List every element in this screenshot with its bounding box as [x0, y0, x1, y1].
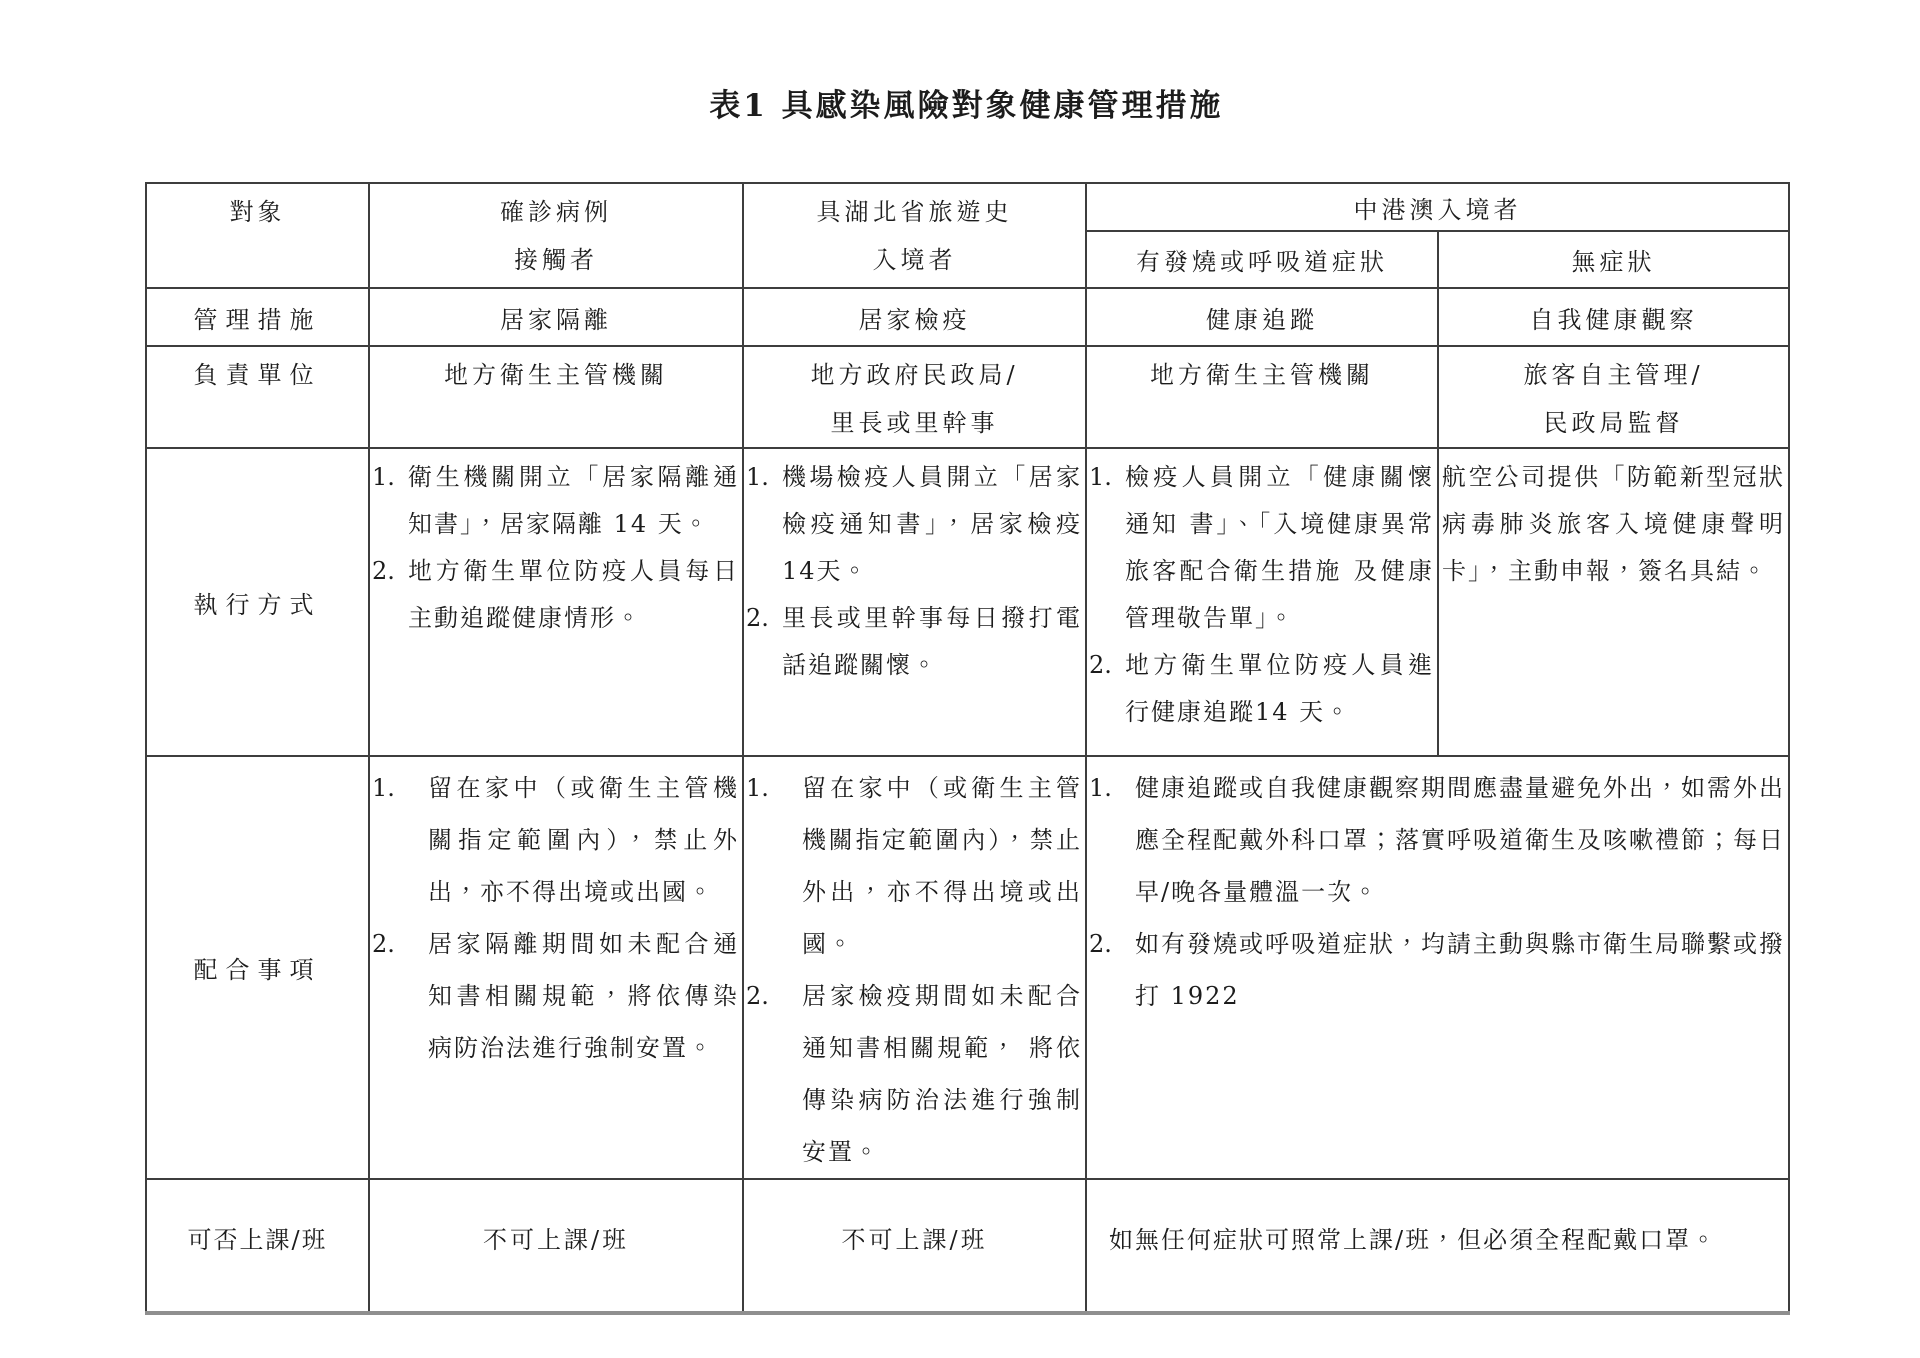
item-text: 健康追蹤或自我健康觀察期間應盡量避免外出，如需外出應全程配戴外科口罩；落實呼吸道…: [1135, 774, 1785, 906]
item-number: 2.: [1089, 918, 1112, 970]
cell-header-hubei-travel: 具湖北省旅遊史 入境者: [743, 183, 1086, 288]
item-text: 居家隔離期間如未配合通知書相關規範，將依傳染病防治法進行強制安置。: [428, 930, 739, 1062]
item-number: 2.: [1089, 642, 1112, 689]
item-number: 1.: [372, 454, 395, 501]
list-item: 1. 健康追蹤或自我健康觀察期間應盡量避免外出，如需外出應全程配戴外科口罩；落實…: [1089, 762, 1785, 918]
header-row-top: 對象 確診病例 接觸者 具湖北省旅遊史 入境者 中港澳入境者: [146, 183, 1789, 231]
item-number: 2.: [372, 548, 395, 595]
responsible-label-text: 負責單位: [147, 351, 368, 399]
item-number: 2.: [746, 970, 769, 1022]
list-item: 2. 里長或里幹事每日撥打電話追蹤關懷。: [746, 595, 1082, 689]
cell-attendance-china-hk-macau: 如無任何症狀可照常上課/班，但必須全程配戴口罩。: [1086, 1179, 1789, 1313]
cell-header-china-hk-macau-group: 中港澳入境者: [1086, 183, 1789, 231]
list-item: 1. 留在家中（或衛生主管機關指定範圍內），禁止外出，亦不得出境或出國。: [746, 762, 1082, 970]
list-item: 2. 地方衛生單位防疫人員進行健康追蹤14 天。: [1089, 642, 1434, 736]
item-text: 檢疫人員開立「健康關懷通知 書」、「入境健康異常旅客配合衛生措施 及健康管理敬告…: [1125, 463, 1434, 632]
cell-header-subject: 對象: [146, 183, 369, 288]
cell-header-fever-symptoms: 有發燒或呼吸道症狀: [1086, 231, 1438, 288]
cell-measure-hubei: 居家檢疫: [743, 288, 1086, 346]
cell-execution-fever: 1. 檢疫人員開立「健康關懷通知 書」、「入境健康異常旅客配合衛生措施 及健康管…: [1086, 448, 1438, 756]
cell-measure-confirmed: 居家隔離: [369, 288, 743, 346]
cell-compliance-hubei: 1. 留在家中（或衛生主管機關指定範圍內），禁止外出，亦不得出境或出國。 2. …: [743, 756, 1086, 1179]
header-confirmed-line2: 接觸者: [370, 236, 742, 284]
header-confirmed-line1: 確診病例: [370, 188, 742, 236]
cell-attendance-confirmed: 不可上課/班: [369, 1179, 743, 1313]
row-label-compliance: 配合事項: [146, 756, 369, 1179]
item-number: 2.: [746, 595, 769, 642]
item-number: 1.: [372, 762, 395, 814]
item-text: 衛生機關開立「居家隔離通知書」，居家隔離 14 天。: [408, 463, 739, 538]
item-number: 1.: [746, 454, 769, 501]
header-subject-label: 對象: [147, 188, 368, 236]
cell-attendance-hubei: 不可上課/班: [743, 1179, 1086, 1313]
responsible-no-symptom-line2: 民政局監督: [1439, 399, 1788, 447]
responsible-no-symptom-line1: 旅客自主管理/: [1439, 351, 1788, 399]
responsible-hubei-line2: 里長或里幹事: [744, 399, 1085, 447]
cell-header-confirmed-contacts: 確診病例 接觸者: [369, 183, 743, 288]
item-text: 留在家中（或衛生主管機關指定範圍內），禁止外出，亦不得出境或出國。: [802, 774, 1082, 958]
item-number: 1.: [746, 762, 769, 814]
cell-execution-confirmed: 1. 衛生機關開立「居家隔離通知書」，居家隔離 14 天。 2. 地方衛生單位防…: [369, 448, 743, 756]
cell-execution-no-symptom: 航空公司提供「防範新型冠狀病毒肺炎旅客入境健康聲明卡」，主動申報，簽名具結。: [1438, 448, 1789, 756]
item-text: 地方衛生單位防疫人員進行健康追蹤14 天。: [1125, 651, 1434, 726]
responsible-hubei-line1: 地方政府民政局/: [744, 351, 1085, 399]
item-text: 留在家中（或衛生主管機關指定範圍內），禁止外出，亦不得出境或出國。: [428, 774, 739, 906]
cell-header-no-symptoms: 無症狀: [1438, 231, 1789, 288]
item-text: 地方衛生單位防疫人員每日主動追蹤健康情形。: [408, 557, 739, 632]
header-hubei-line2: 入境者: [744, 236, 1085, 284]
row-attendance: 可否上課/班 不可上課/班 不可上課/班 如無任何症狀可照常上課/班，但必須全程…: [146, 1179, 1789, 1313]
item-number: 1.: [1089, 762, 1112, 814]
item-text: 機場檢疫人員開立「居家檢疫通知書」，居家檢疫14天。: [782, 463, 1082, 585]
list-item: 1. 機場檢疫人員開立「居家檢疫通知書」，居家檢疫14天。: [746, 454, 1082, 595]
row-label-execution: 執行方式: [146, 448, 369, 756]
row-management-measure: 管理措施 居家隔離 居家檢疫 健康追蹤 自我健康觀察: [146, 288, 1789, 346]
cell-responsible-fever: 地方衛生主管機關: [1086, 346, 1438, 448]
item-text: 如有發燒或呼吸道症狀，均請主動與縣市衛生局聯繫或撥打 1922: [1135, 930, 1785, 1010]
row-label-responsible: 負責單位: [146, 346, 369, 448]
list-item: 2. 居家檢疫期間如未配合通知書相關規範， 將依傳染病防治法進行強制安置。: [746, 970, 1082, 1178]
document-page: { "title": "表1 具感染風險對象健康管理措施", "table": …: [0, 0, 1920, 1358]
list-item: 2. 如有發燒或呼吸道症狀，均請主動與縣市衛生局聯繫或撥打 1922: [1089, 918, 1785, 1022]
item-number: 1.: [1089, 454, 1112, 501]
row-compliance-matters: 配合事項 1. 留在家中（或衛生主管機關指定範圍內），禁止外出，亦不得出境或出國…: [146, 756, 1789, 1179]
list-item: 1. 衛生機關開立「居家隔離通知書」，居家隔離 14 天。: [372, 454, 739, 548]
cell-responsible-no-symptom: 旅客自主管理/ 民政局監督: [1438, 346, 1789, 448]
list-item: 2. 地方衛生單位防疫人員每日主動追蹤健康情形。: [372, 548, 739, 642]
list-item: 1. 留在家中（或衛生主管機關指定範圍內），禁止外出，亦不得出境或出國。: [372, 762, 739, 918]
header-hubei-line1: 具湖北省旅遊史: [744, 188, 1085, 236]
row-responsible-unit: 負責單位 地方衛生主管機關 地方政府民政局/ 里長或里幹事 地方衛生主管機關 旅…: [146, 346, 1789, 448]
cell-responsible-hubei: 地方政府民政局/ 里長或里幹事: [743, 346, 1086, 448]
cell-responsible-confirmed: 地方衛生主管機關: [369, 346, 743, 448]
cell-execution-hubei: 1. 機場檢疫人員開立「居家檢疫通知書」，居家檢疫14天。 2. 里長或里幹事每…: [743, 448, 1086, 756]
row-label-measure: 管理措施: [146, 288, 369, 346]
cell-compliance-china-hk-macau: 1. 健康追蹤或自我健康觀察期間應盡量避免外出，如需外出應全程配戴外科口罩；落實…: [1086, 756, 1789, 1179]
row-execution-method: 執行方式 1. 衛生機關開立「居家隔離通知書」，居家隔離 14 天。 2. 地方…: [146, 448, 1789, 756]
cell-compliance-confirmed: 1. 留在家中（或衛生主管機關指定範圍內），禁止外出，亦不得出境或出國。 2. …: [369, 756, 743, 1179]
item-number: 2.: [372, 918, 395, 970]
item-text: 里長或里幹事每日撥打電話追蹤關懷。: [782, 604, 1082, 679]
responsible-confirmed-text: 地方衛生主管機關: [370, 351, 742, 399]
cell-measure-fever: 健康追蹤: [1086, 288, 1438, 346]
cell-measure-no-symptom: 自我健康觀察: [1438, 288, 1789, 346]
responsible-fever-text: 地方衛生主管機關: [1087, 351, 1437, 399]
health-management-table: 對象 確診病例 接觸者 具湖北省旅遊史 入境者 中港澳入境者 有發燒或呼吸道症狀…: [145, 182, 1790, 1315]
page-title: 表1 具感染風險對象健康管理措施: [145, 80, 1788, 125]
list-item: 2. 居家隔離期間如未配合通知書相關規範，將依傳染病防治法進行強制安置。: [372, 918, 739, 1074]
row-label-attendance: 可否上課/班: [146, 1179, 369, 1313]
list-item: 1. 檢疫人員開立「健康關懷通知 書」、「入境健康異常旅客配合衛生措施 及健康管…: [1089, 454, 1434, 642]
item-text: 居家檢疫期間如未配合通知書相關規範， 將依傳染病防治法進行強制安置。: [802, 982, 1082, 1166]
